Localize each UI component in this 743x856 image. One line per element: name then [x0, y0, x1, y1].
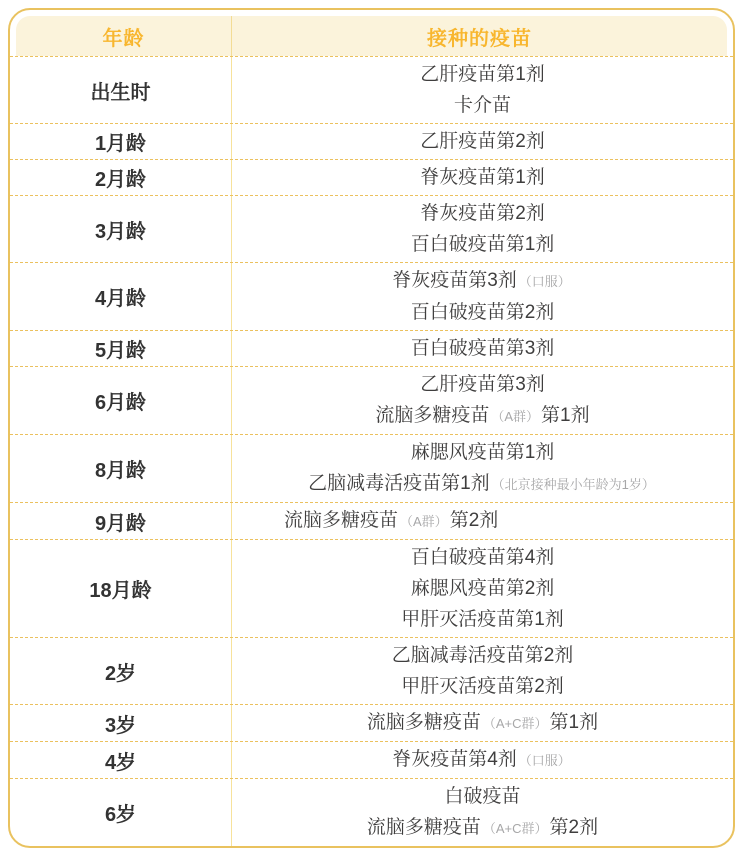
vaccine-cell: 百白破疫苗第3剂 [232, 331, 733, 366]
vaccine-name: 流脑多糖疫苗 [375, 405, 489, 426]
age-cell: 4月龄 [10, 263, 232, 330]
vaccine-line: 脊灰疫苗第3剂（口服） [242, 265, 723, 297]
vaccine-line: 麻腮风疫苗第2剂 [242, 573, 723, 604]
vaccine-cell: 麻腮风疫苗第1剂乙脑减毒活疫苗第1剂（北京接种最小年龄为1岁） [232, 435, 733, 502]
vaccine-cell: 流脑多糖疫苗（A+C群）第1剂 [232, 705, 733, 741]
vaccine-name: 百白破疫苗第3剂 [411, 338, 555, 359]
vaccine-name: 百白破疫苗第1剂 [411, 234, 555, 255]
vaccine-line: 乙脑减毒活疫苗第2剂 [242, 640, 723, 671]
vaccine-line: 流脑多糖疫苗（A+C群）第2剂 [242, 812, 723, 844]
vaccine-name: 乙肝疫苗第1剂 [420, 64, 545, 85]
vaccine-cell: 脊灰疫苗第3剂（口服）百白破疫苗第2剂 [232, 263, 733, 330]
vaccine-line: 卡介苗 [242, 90, 723, 121]
vaccine-name: 甲肝灭活疫苗第1剂 [401, 609, 564, 630]
age-cell: 3岁 [10, 705, 232, 741]
vaccine-name: 乙肝疫苗第3剂 [420, 374, 545, 395]
age-cell: 5月龄 [10, 331, 232, 366]
vaccine-cell: 白破疫苗流脑多糖疫苗（A+C群）第2剂 [232, 779, 733, 846]
vaccine-name: 脊灰疫苗第4剂 [392, 749, 517, 770]
vaccination-schedule-page: 年龄 接种的疫苗 出生时乙肝疫苗第1剂卡介苗1月龄乙肝疫苗第2剂2月龄脊灰疫苗第… [0, 0, 743, 856]
vaccine-name: 第2剂 [550, 817, 599, 838]
vaccine-name: 白破疫苗 [444, 786, 520, 807]
vaccine-name: 脊灰疫苗第1剂 [420, 167, 545, 188]
vaccine-cell: 乙肝疫苗第3剂流脑多糖疫苗（A群）第1剂 [232, 367, 733, 434]
vaccine-line: 乙脑减毒活疫苗第1剂（北京接种最小年龄为1岁） [242, 468, 723, 500]
age-cell: 9月龄 [10, 503, 232, 539]
vaccine-line: 乙肝疫苗第3剂 [242, 369, 723, 400]
vaccine-note: （北京接种最小年龄为1岁） [492, 477, 655, 492]
table-body: 出生时乙肝疫苗第1剂卡介苗1月龄乙肝疫苗第2剂2月龄脊灰疫苗第1剂3月龄脊灰疫苗… [10, 56, 733, 846]
table-row: 2岁乙脑减毒活疫苗第2剂甲肝灭活疫苗第2剂 [10, 637, 733, 704]
vaccine-name: 乙肝疫苗第2剂 [420, 131, 545, 152]
vaccine-name: 第1剂 [550, 712, 599, 733]
table-row: 6月龄乙肝疫苗第3剂流脑多糖疫苗（A群）第1剂 [10, 366, 733, 434]
vaccine-note: （A+C群） [483, 821, 548, 836]
vaccine-cell: 乙肝疫苗第2剂 [232, 124, 733, 159]
table-row: 9月龄流脑多糖疫苗（A群）第2剂 [10, 502, 733, 539]
table-row: 1月龄乙肝疫苗第2剂 [10, 123, 733, 159]
vaccine-cell: 脊灰疫苗第4剂（口服） [232, 742, 733, 778]
vaccine-name: 麻腮风疫苗第1剂 [411, 442, 555, 463]
vaccine-name: 百白破疫苗第4剂 [411, 547, 555, 568]
table-row: 4月龄脊灰疫苗第3剂（口服）百白破疫苗第2剂 [10, 262, 733, 330]
vaccine-name: 甲肝灭活疫苗第2剂 [401, 676, 564, 697]
vaccine-line: 乙肝疫苗第2剂 [242, 126, 723, 157]
age-cell: 8月龄 [10, 435, 232, 502]
vaccine-cell: 百白破疫苗第4剂麻腮风疫苗第2剂甲肝灭活疫苗第1剂 [232, 540, 733, 637]
age-cell: 6岁 [10, 779, 232, 846]
vaccine-cell: 流脑多糖疫苗（A群）第2剂 [232, 503, 733, 539]
table-row: 18月龄百白破疫苗第4剂麻腮风疫苗第2剂甲肝灭活疫苗第1剂 [10, 539, 733, 637]
vaccine-line: 脊灰疫苗第2剂 [242, 198, 723, 229]
vaccine-note: （A+C群） [483, 716, 548, 731]
vaccine-line: 脊灰疫苗第1剂 [242, 162, 723, 193]
vaccine-name: 第2剂 [450, 510, 499, 531]
table-row: 出生时乙肝疫苗第1剂卡介苗 [10, 56, 733, 123]
vaccine-line: 百白破疫苗第4剂 [242, 542, 723, 573]
table-row: 8月龄麻腮风疫苗第1剂乙脑减毒活疫苗第1剂（北京接种最小年龄为1岁） [10, 434, 733, 502]
vaccine-name: 乙脑减毒活疫苗第2剂 [392, 645, 574, 666]
vaccine-cell: 脊灰疫苗第2剂百白破疫苗第1剂 [232, 196, 733, 262]
table-row: 6岁白破疫苗流脑多糖疫苗（A+C群）第2剂 [10, 778, 733, 846]
age-cell: 出生时 [10, 57, 232, 123]
table-row: 5月龄百白破疫苗第3剂 [10, 330, 733, 366]
vaccine-line: 脊灰疫苗第4剂（口服） [242, 744, 723, 776]
vaccine-note: （口服） [519, 274, 571, 289]
table-row: 4岁脊灰疫苗第4剂（口服） [10, 741, 733, 778]
age-cell: 6月龄 [10, 367, 232, 434]
vaccine-name: 脊灰疫苗第3剂 [392, 270, 517, 291]
age-cell: 18月龄 [10, 540, 232, 637]
vaccine-cell: 乙肝疫苗第1剂卡介苗 [232, 57, 733, 123]
age-cell: 1月龄 [10, 124, 232, 159]
vaccine-name: 麻腮风疫苗第2剂 [411, 578, 555, 599]
vaccine-name: 乙脑减毒活疫苗第1剂 [308, 473, 490, 494]
age-cell: 2月龄 [10, 160, 232, 195]
vaccine-line: 百白破疫苗第2剂 [242, 297, 723, 328]
vaccine-line: 流脑多糖疫苗（A+C群）第1剂 [242, 707, 723, 739]
vaccine-line: 流脑多糖疫苗（A群）第1剂 [242, 400, 723, 432]
vaccine-name: 流脑多糖疫苗 [284, 510, 398, 531]
vaccine-note: （A群） [491, 409, 539, 424]
vaccine-line: 甲肝灭活疫苗第2剂 [242, 671, 723, 702]
vaccine-note: （口服） [519, 753, 571, 768]
table-row: 3岁流脑多糖疫苗（A+C群）第1剂 [10, 704, 733, 741]
vaccine-name: 流脑多糖疫苗 [367, 817, 481, 838]
column-header-vaccines: 接种的疫苗 [232, 16, 727, 56]
vaccine-name: 卡介苗 [454, 95, 511, 116]
vaccine-line: 流脑多糖疫苗（A群）第2剂 [242, 505, 723, 537]
vaccine-name: 流脑多糖疫苗 [367, 712, 481, 733]
vaccine-note: （A群） [400, 514, 448, 529]
vaccine-line: 百白破疫苗第3剂 [242, 333, 723, 364]
vaccine-line: 乙肝疫苗第1剂 [242, 59, 723, 90]
vaccine-name: 百白破疫苗第2剂 [411, 302, 555, 323]
vaccine-name: 脊灰疫苗第2剂 [420, 203, 545, 224]
age-cell: 3月龄 [10, 196, 232, 262]
table-row: 2月龄脊灰疫苗第1剂 [10, 159, 733, 195]
table-row: 3月龄脊灰疫苗第2剂百白破疫苗第1剂 [10, 195, 733, 262]
vaccine-line: 百白破疫苗第1剂 [242, 229, 723, 260]
column-header-age: 年龄 [16, 16, 232, 56]
vaccine-line: 麻腮风疫苗第1剂 [242, 437, 723, 468]
vaccine-line: 甲肝灭活疫苗第1剂 [242, 604, 723, 635]
vaccine-name: 第1剂 [541, 405, 590, 426]
vaccine-cell: 乙脑减毒活疫苗第2剂甲肝灭活疫苗第2剂 [232, 638, 733, 704]
vaccination-table: 年龄 接种的疫苗 出生时乙肝疫苗第1剂卡介苗1月龄乙肝疫苗第2剂2月龄脊灰疫苗第… [8, 8, 735, 848]
age-cell: 4岁 [10, 742, 232, 778]
vaccine-line: 白破疫苗 [242, 781, 723, 812]
age-cell: 2岁 [10, 638, 232, 704]
table-header-row: 年龄 接种的疫苗 [16, 16, 727, 56]
vaccine-cell: 脊灰疫苗第1剂 [232, 160, 733, 195]
